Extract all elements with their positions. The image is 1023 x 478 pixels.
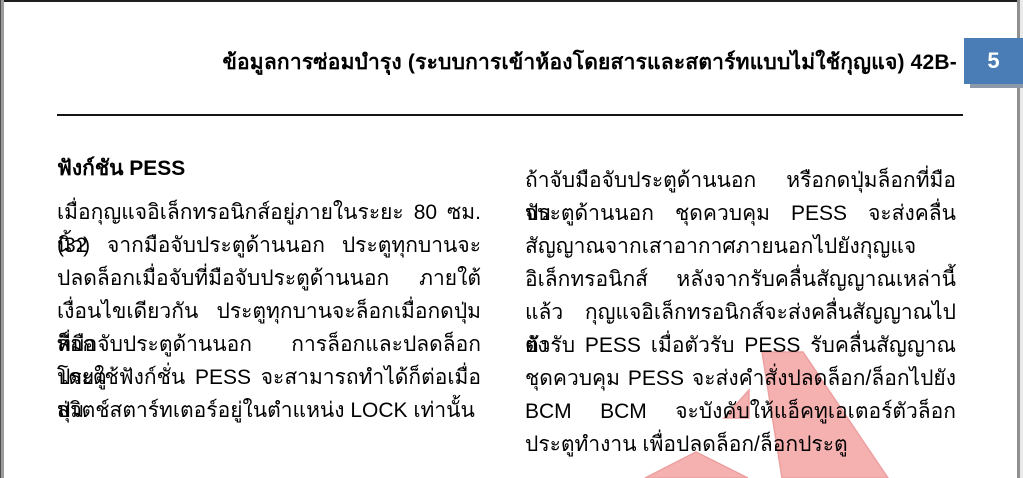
text-line: อิเล็กทรอนิกส์ หลังจากรับคลื่นสัญญาณเหล่…: [525, 263, 956, 296]
text-line: BCM BCM จะบังคับให้แอ็คทูเอเตอร์ตัวล็อก: [525, 395, 956, 428]
header-rule: [57, 114, 963, 116]
window-border-top: [0, 0, 1023, 2]
text-line: นิ้ว) จากมือจับประตูด้านนอก ประตูทุกบานจ…: [57, 229, 481, 262]
manual-page: ข้อมูลการซ่อมบำรุง (ระบบการเข้าห้องโดยสา…: [0, 0, 1023, 478]
text-line: ชุดควบคุม PESS จะส่งคำสั่งปลดล็อก/ล็อกไป…: [525, 362, 956, 395]
text-line: เงื่อนไขเดียวกัน ประตูทุกบานจะล็อกเมื่อก…: [57, 295, 481, 328]
text-line: โดยใช้ฟังก์ชั่น PESS จะสามารถทำได้ก็ต่อเ…: [57, 361, 481, 394]
text-line: สัญญาณจากเสาอากาศภายนอกไปยังกุญแจ: [525, 230, 956, 263]
page-title: ข้อมูลการซ่อมบำรุง (ระบบการเข้าห้องโดยสา…: [57, 46, 957, 79]
section-heading: ฟังก์ชัน PESS: [57, 154, 481, 196]
text-line: แล้ว กุญแจอิเล็กทรอนิกส์จะส่งคลื่นสัญญาณ…: [525, 296, 956, 329]
text-line: เมื่อกุญแจอิเล็กทรอนิกส์อยู่ภายในระยะ 80…: [57, 196, 481, 229]
text-line: ประตูด้านนอก ชุดควบคุม PESS จะส่งคลื่น: [525, 197, 956, 230]
text-line: สวิตช์สตาร์ทเตอร์อยู่ในตำแหน่ง LOCK เท่า…: [57, 394, 481, 427]
window-border-left: [0, 0, 4, 478]
text-line: ถ้าจับมือจับประตูด้านนอก หรือกดปุ่มล็อกท…: [525, 164, 956, 197]
page-number-tab: 5: [964, 38, 1023, 84]
text-line: ประตูทำงาน เพื่อปลดล็อก/ล็อกประตู: [525, 428, 956, 461]
right-column: ถ้าจับมือจับประตูด้านนอก หรือกดปุ่มล็อกท…: [525, 164, 956, 461]
text-line: ที่มือจับประตูด้านนอก การล็อกและปลดล็อกป…: [57, 328, 481, 361]
page-number: 5: [987, 48, 999, 74]
page-number-tab-shadow: [970, 84, 1023, 88]
left-column: ฟังก์ชัน PESS เมื่อกุญแจอิเล็กทรอนิกส์อย…: [57, 154, 481, 427]
text-line: ตัวรับ PESS เมื่อตัวรับ PESS รับคลื่นสัญ…: [525, 329, 956, 362]
text-line: ปลดล็อกเมื่อจับที่มือจับประตูด้านนอก ภาย…: [57, 262, 481, 295]
